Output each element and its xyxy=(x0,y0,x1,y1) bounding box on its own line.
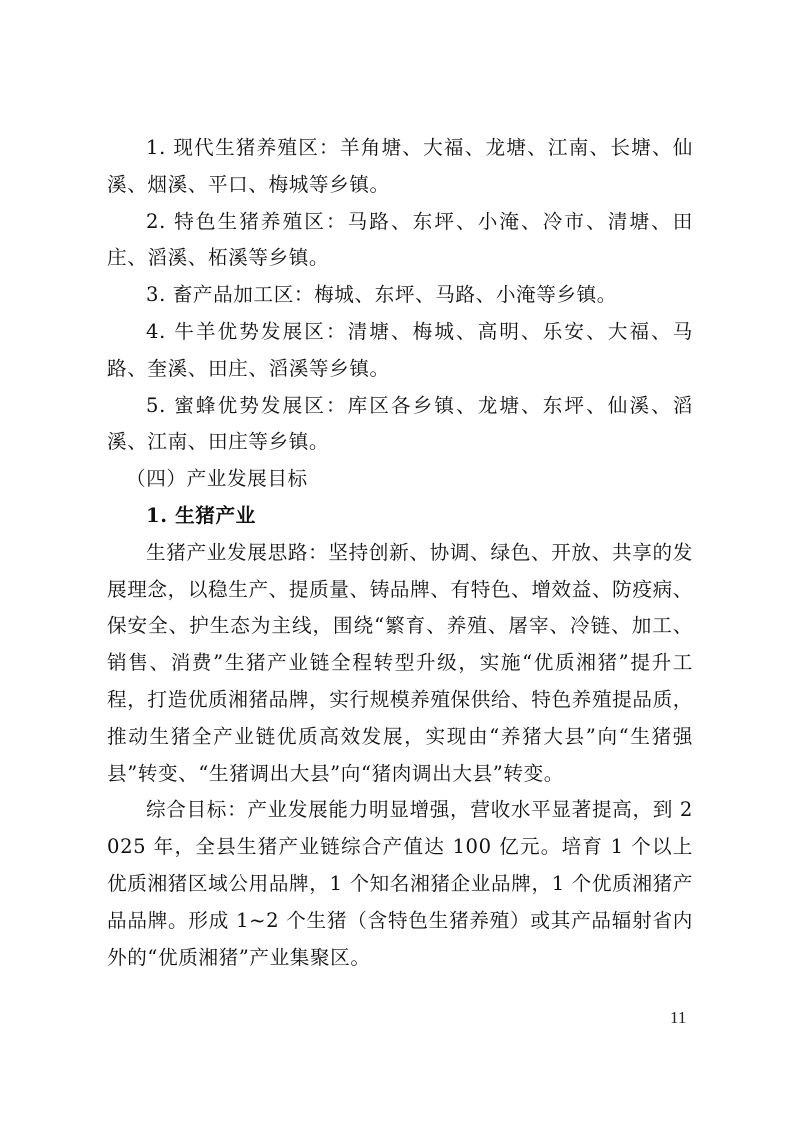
paragraph-overall-goal: 综合目标：产业发展能力明显增强，营收水平显著提高，到 2025 年，全县生猪产业… xyxy=(107,792,693,976)
list-item-specialty-pig-farming-zone: 2. 特色生猪养殖区：马路、东坪、小淹、冷市、清塘、田庄、滔溪、柘溪等乡镇。 xyxy=(107,204,693,278)
subsection-heading: 1. 生猪产业 xyxy=(107,498,693,535)
section-heading: （四）产业发展目标 xyxy=(107,461,693,498)
paragraph-development-approach: 生猪产业发展思路：坚持创新、协调、绿色、开放、共享的发展理念，以稳生产、提质量、… xyxy=(107,535,693,793)
document-page: 1. 现代生猪养殖区：羊角塘、大福、龙塘、江南、长塘、仙溪、烟溪、平口、梅城等乡… xyxy=(107,130,693,976)
list-item-cattle-sheep-zone: 4. 牛羊优势发展区：清塘、梅城、高明、乐安、大福、马路、奎溪、田庄、滔溪等乡镇… xyxy=(107,314,693,388)
list-item-modern-pig-farming-zone: 1. 现代生猪养殖区：羊角塘、大福、龙塘、江南、长塘、仙溪、烟溪、平口、梅城等乡… xyxy=(107,130,693,204)
page-number: 11 xyxy=(670,1008,686,1028)
list-item-bee-zone: 5. 蜜蜂优势发展区：库区各乡镇、龙塘、东坪、仙溪、滔溪、江南、田庄等乡镇。 xyxy=(107,388,693,462)
list-item-livestock-processing-zone: 3. 畜产品加工区：梅城、东坪、马路、小淹等乡镇。 xyxy=(107,277,693,314)
